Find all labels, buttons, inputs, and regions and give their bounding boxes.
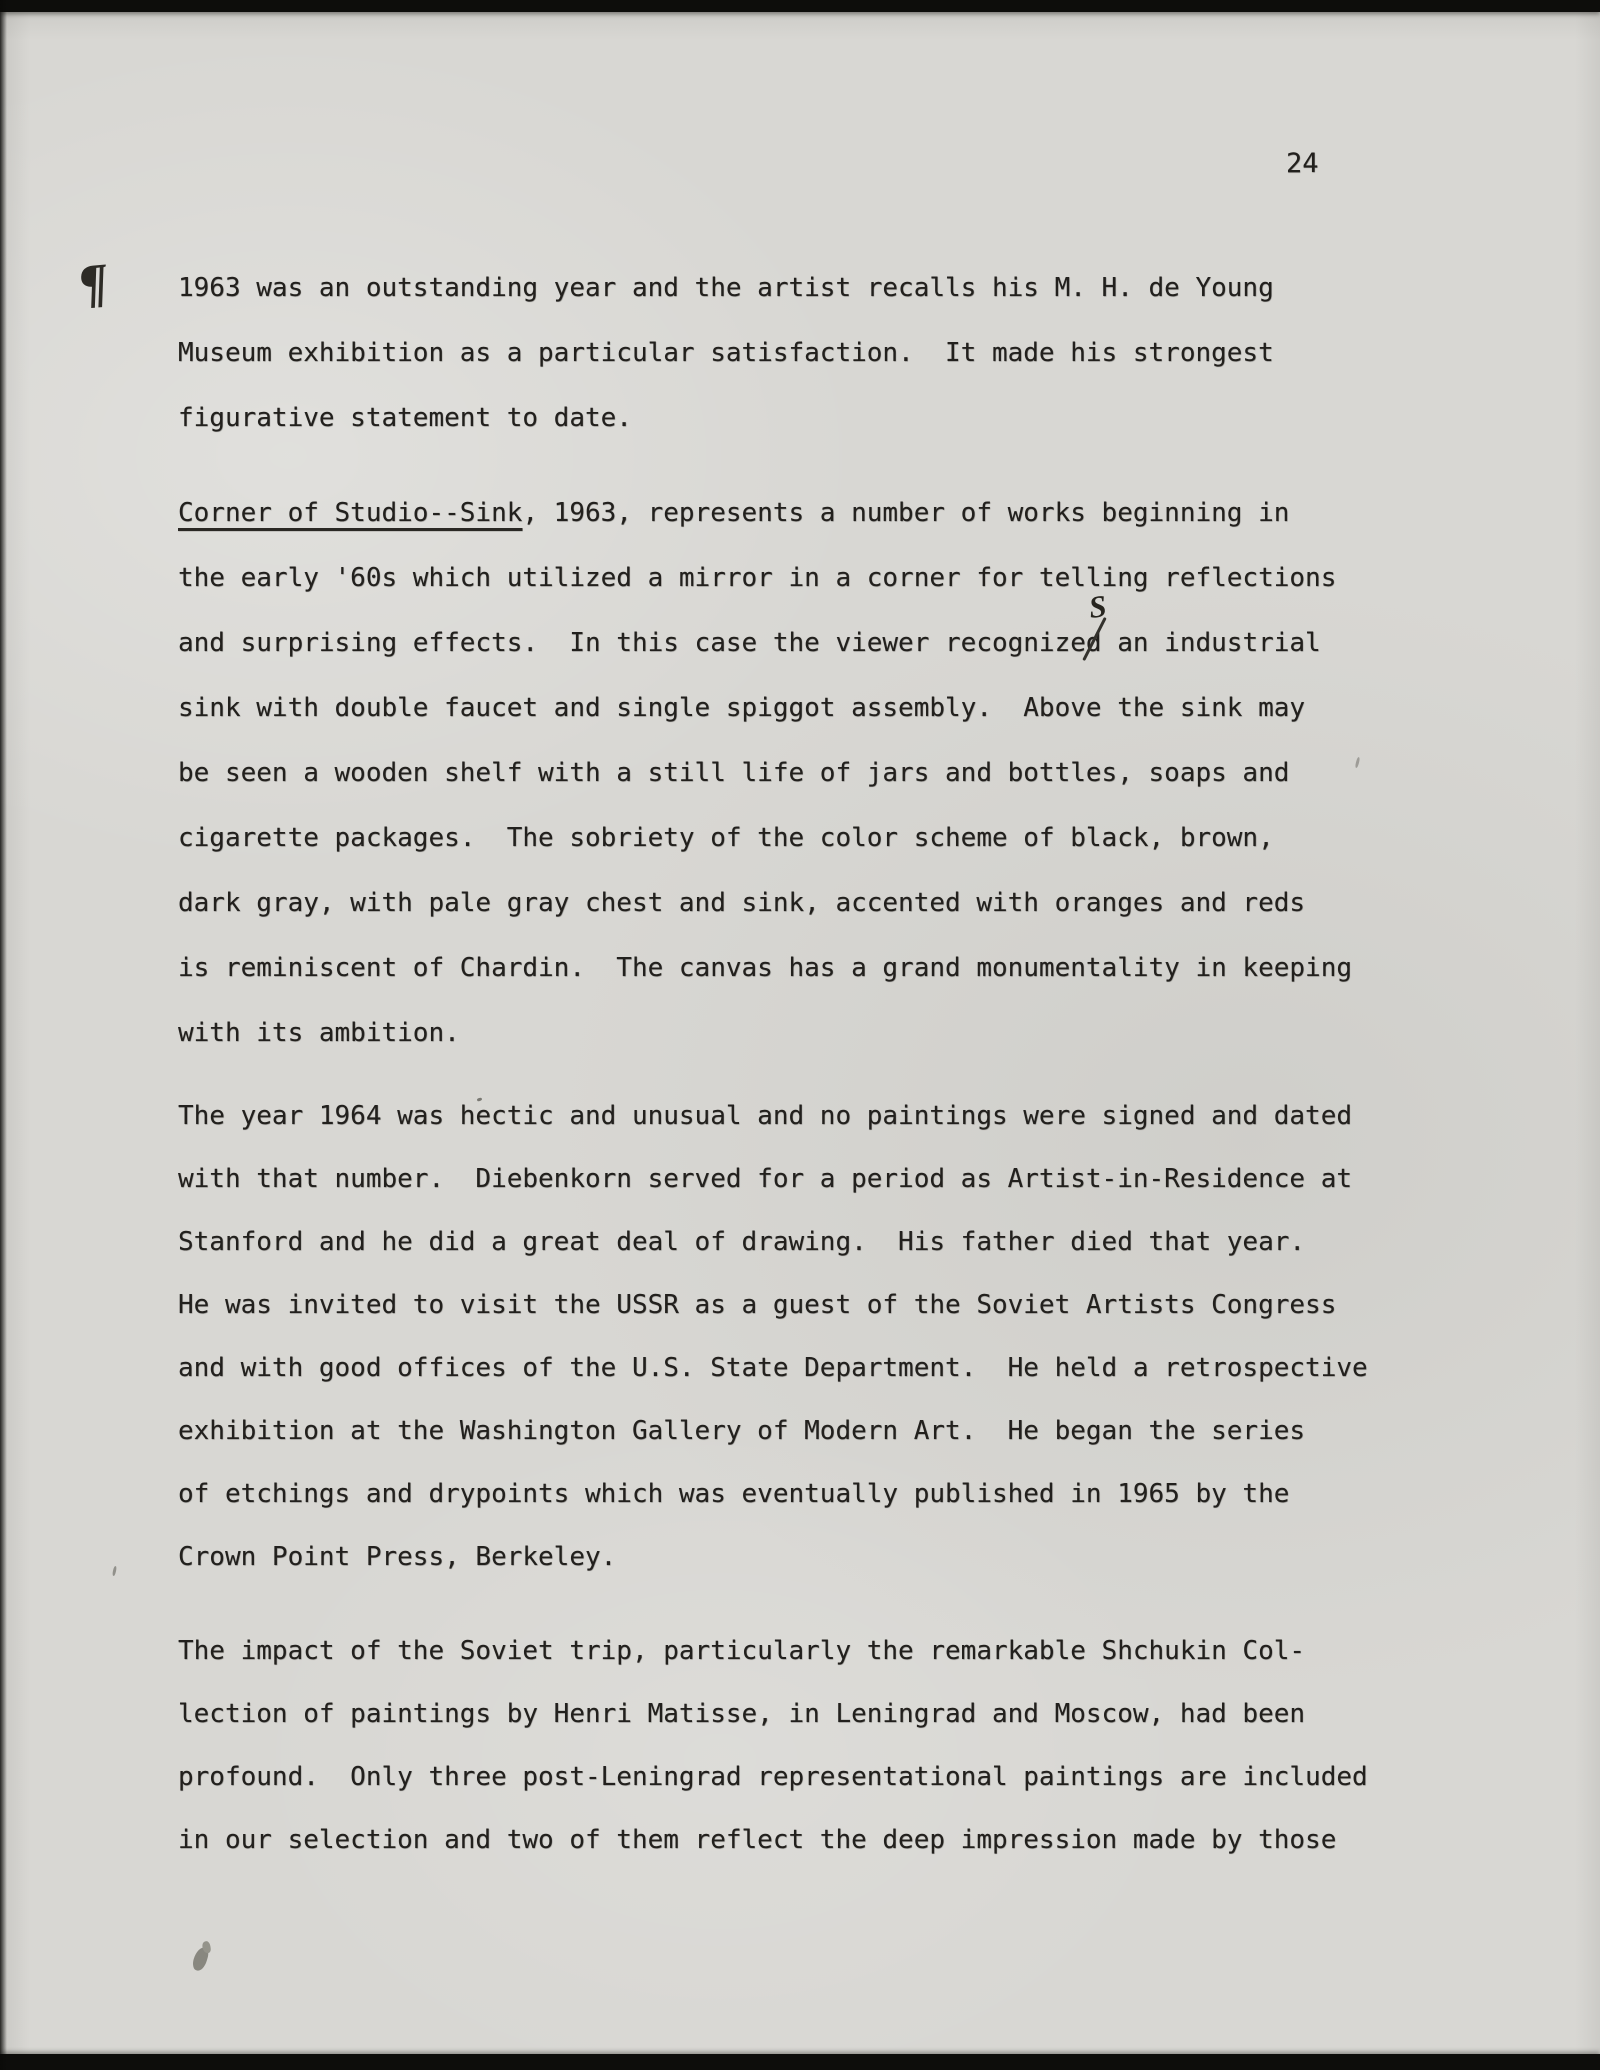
typescript-line: Corner of Studio--Sink, 1963, represents… xyxy=(178,497,1289,529)
typescript-line: is reminiscent of Chardin. The canvas ha… xyxy=(178,952,1352,984)
typescript-line: of etchings and drypoints which was even… xyxy=(178,1478,1289,1510)
scanned-typescript-page: 24 ¶ 1963 was an outstanding year and th… xyxy=(0,0,1600,2070)
smudge-mark xyxy=(191,1946,210,1973)
underlined-title: Corner of Studio--Sink xyxy=(178,498,522,528)
typescript-line: and surprising effects. In this case the… xyxy=(178,627,1321,659)
typescript-line: with its ambition. xyxy=(178,1017,460,1049)
handwritten-correction: S xyxy=(1087,590,1108,623)
typescript-line: and with good offices of the U.S. State … xyxy=(178,1352,1368,1384)
typescript-line: The year 1964 was hectic and unusual and… xyxy=(178,1100,1352,1132)
scan-edge-bottom xyxy=(0,2054,1600,2070)
typescript-line: He was invited to visit the USSR as a gu… xyxy=(178,1289,1336,1321)
typescript-line: Museum exhibition as a particular satisf… xyxy=(178,337,1274,369)
typescript-line: figurative statement to date. xyxy=(178,402,632,434)
typescript-line: be seen a wooden shelf with a still life… xyxy=(178,757,1289,789)
typescript-line: Crown Point Press, Berkeley. xyxy=(178,1541,616,1573)
typescript-line: 1963 was an outstanding year and the art… xyxy=(178,272,1274,304)
ink-speck xyxy=(112,1566,117,1576)
typescript-line: dark gray, with pale gray chest and sink… xyxy=(178,887,1305,919)
typescript-line: profound. Only three post-Leningrad repr… xyxy=(178,1761,1368,1793)
typescript-line: sink with double faucet and single spigg… xyxy=(178,692,1305,724)
scan-edge-left xyxy=(0,0,7,2070)
typescript-line: with that number. Diebenkorn served for … xyxy=(178,1163,1352,1195)
page-number: 24 xyxy=(1286,148,1319,180)
struck-letter: dS xyxy=(1086,627,1102,659)
ink-speck xyxy=(1355,757,1361,768)
scan-edge-top xyxy=(0,0,1600,12)
typescript-line: in our selection and two of them reflect… xyxy=(178,1824,1336,1856)
typescript-line: the early '60s which utilized a mirror i… xyxy=(178,562,1336,594)
typescript-line: lection of paintings by Henri Matisse, i… xyxy=(178,1698,1305,1730)
typescript-line: cigarette packages. The sobriety of the … xyxy=(178,822,1274,854)
typescript-line: The impact of the Soviet trip, particula… xyxy=(178,1635,1305,1667)
typescript-line: exhibition at the Washington Gallery of … xyxy=(178,1415,1305,1447)
typescript-line: Stanford and he did a great deal of draw… xyxy=(178,1226,1305,1258)
handwritten-paragraph-mark: ¶ xyxy=(79,255,108,312)
